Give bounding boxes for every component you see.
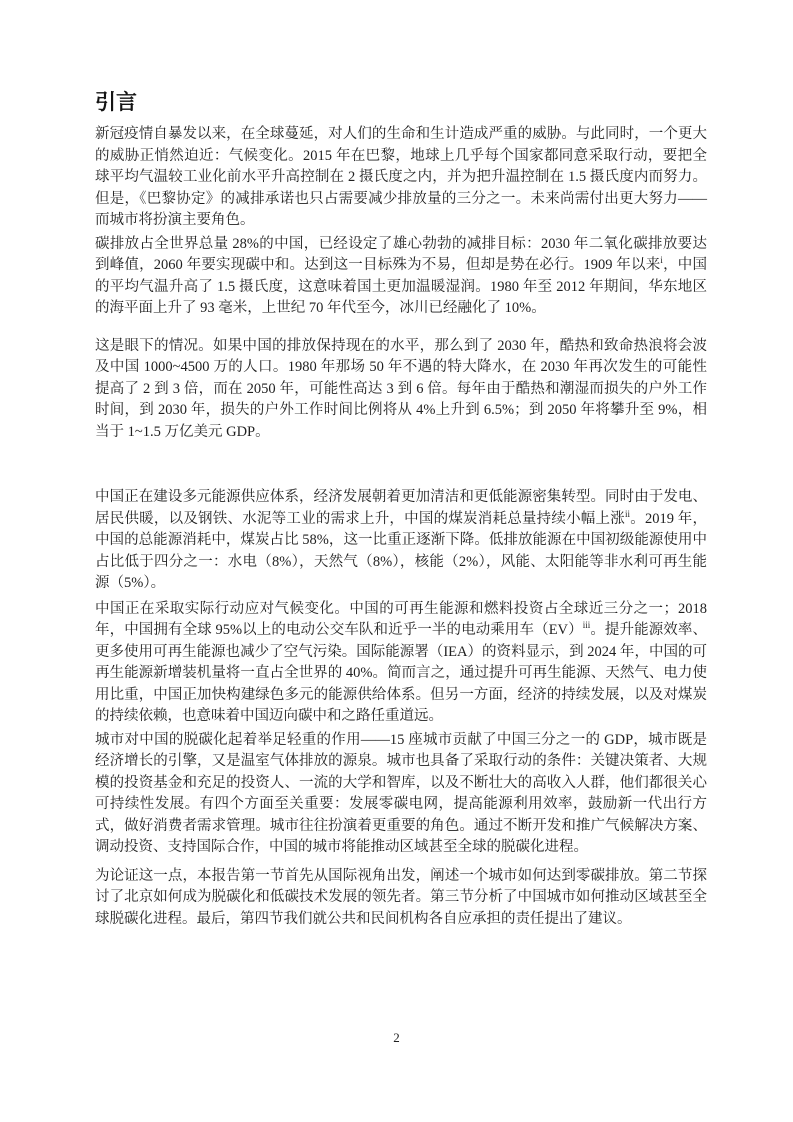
page-number: 2	[0, 1030, 793, 1046]
paragraph: 新冠疫情自暴发以来，在全球蔓延，对人们的生命和生计造成严重的威胁。与此同时，一个…	[95, 124, 707, 232]
paragraph: 为论证这一点，本报告第一节首先从国际视角出发，阐述一个城市如何达到零碳排放。第二…	[95, 866, 707, 931]
paragraph: 这是眼下的情况。如果中国的排放保持现在的水平，那么到了 2030 年，酷热和致命…	[95, 336, 707, 444]
endnote-ref: ii	[625, 509, 630, 519]
paragraph: 中国正在采取实际行动应对气候变化。中国的可再生能源和燃料投资占全球近三分之一；2…	[95, 599, 707, 728]
endnote-ref: i	[660, 255, 663, 265]
document-content: 引言 新冠疫情自暴发以来，在全球蔓延，对人们的生命和生计造成严重的威胁。与此同时…	[95, 90, 707, 930]
paragraph: 中国正在建设多元能源供应体系，经济发展朝着更加清洁和更低能源密集转型。同时由于发…	[95, 487, 707, 595]
document-page: 引言 新冠疫情自暴发以来，在全球蔓延，对人们的生命和生计造成严重的威胁。与此同时…	[0, 0, 793, 1122]
document-body: 新冠疫情自暴发以来，在全球蔓延，对人们的生命和生计造成严重的威胁。与此同时，一个…	[95, 124, 707, 930]
section-heading: 引言	[95, 90, 707, 115]
paragraph: 城市对中国的脱碳化起着举足轻重的作用——15 座城市贡献了中国三分之一的 GDP…	[95, 730, 707, 859]
paragraph: 碳排放占全世界总量 28%的中国，已经设定了雄心勃勃的减排目标：2030 年二氧…	[95, 234, 707, 320]
endnote-ref: iii	[583, 620, 591, 630]
